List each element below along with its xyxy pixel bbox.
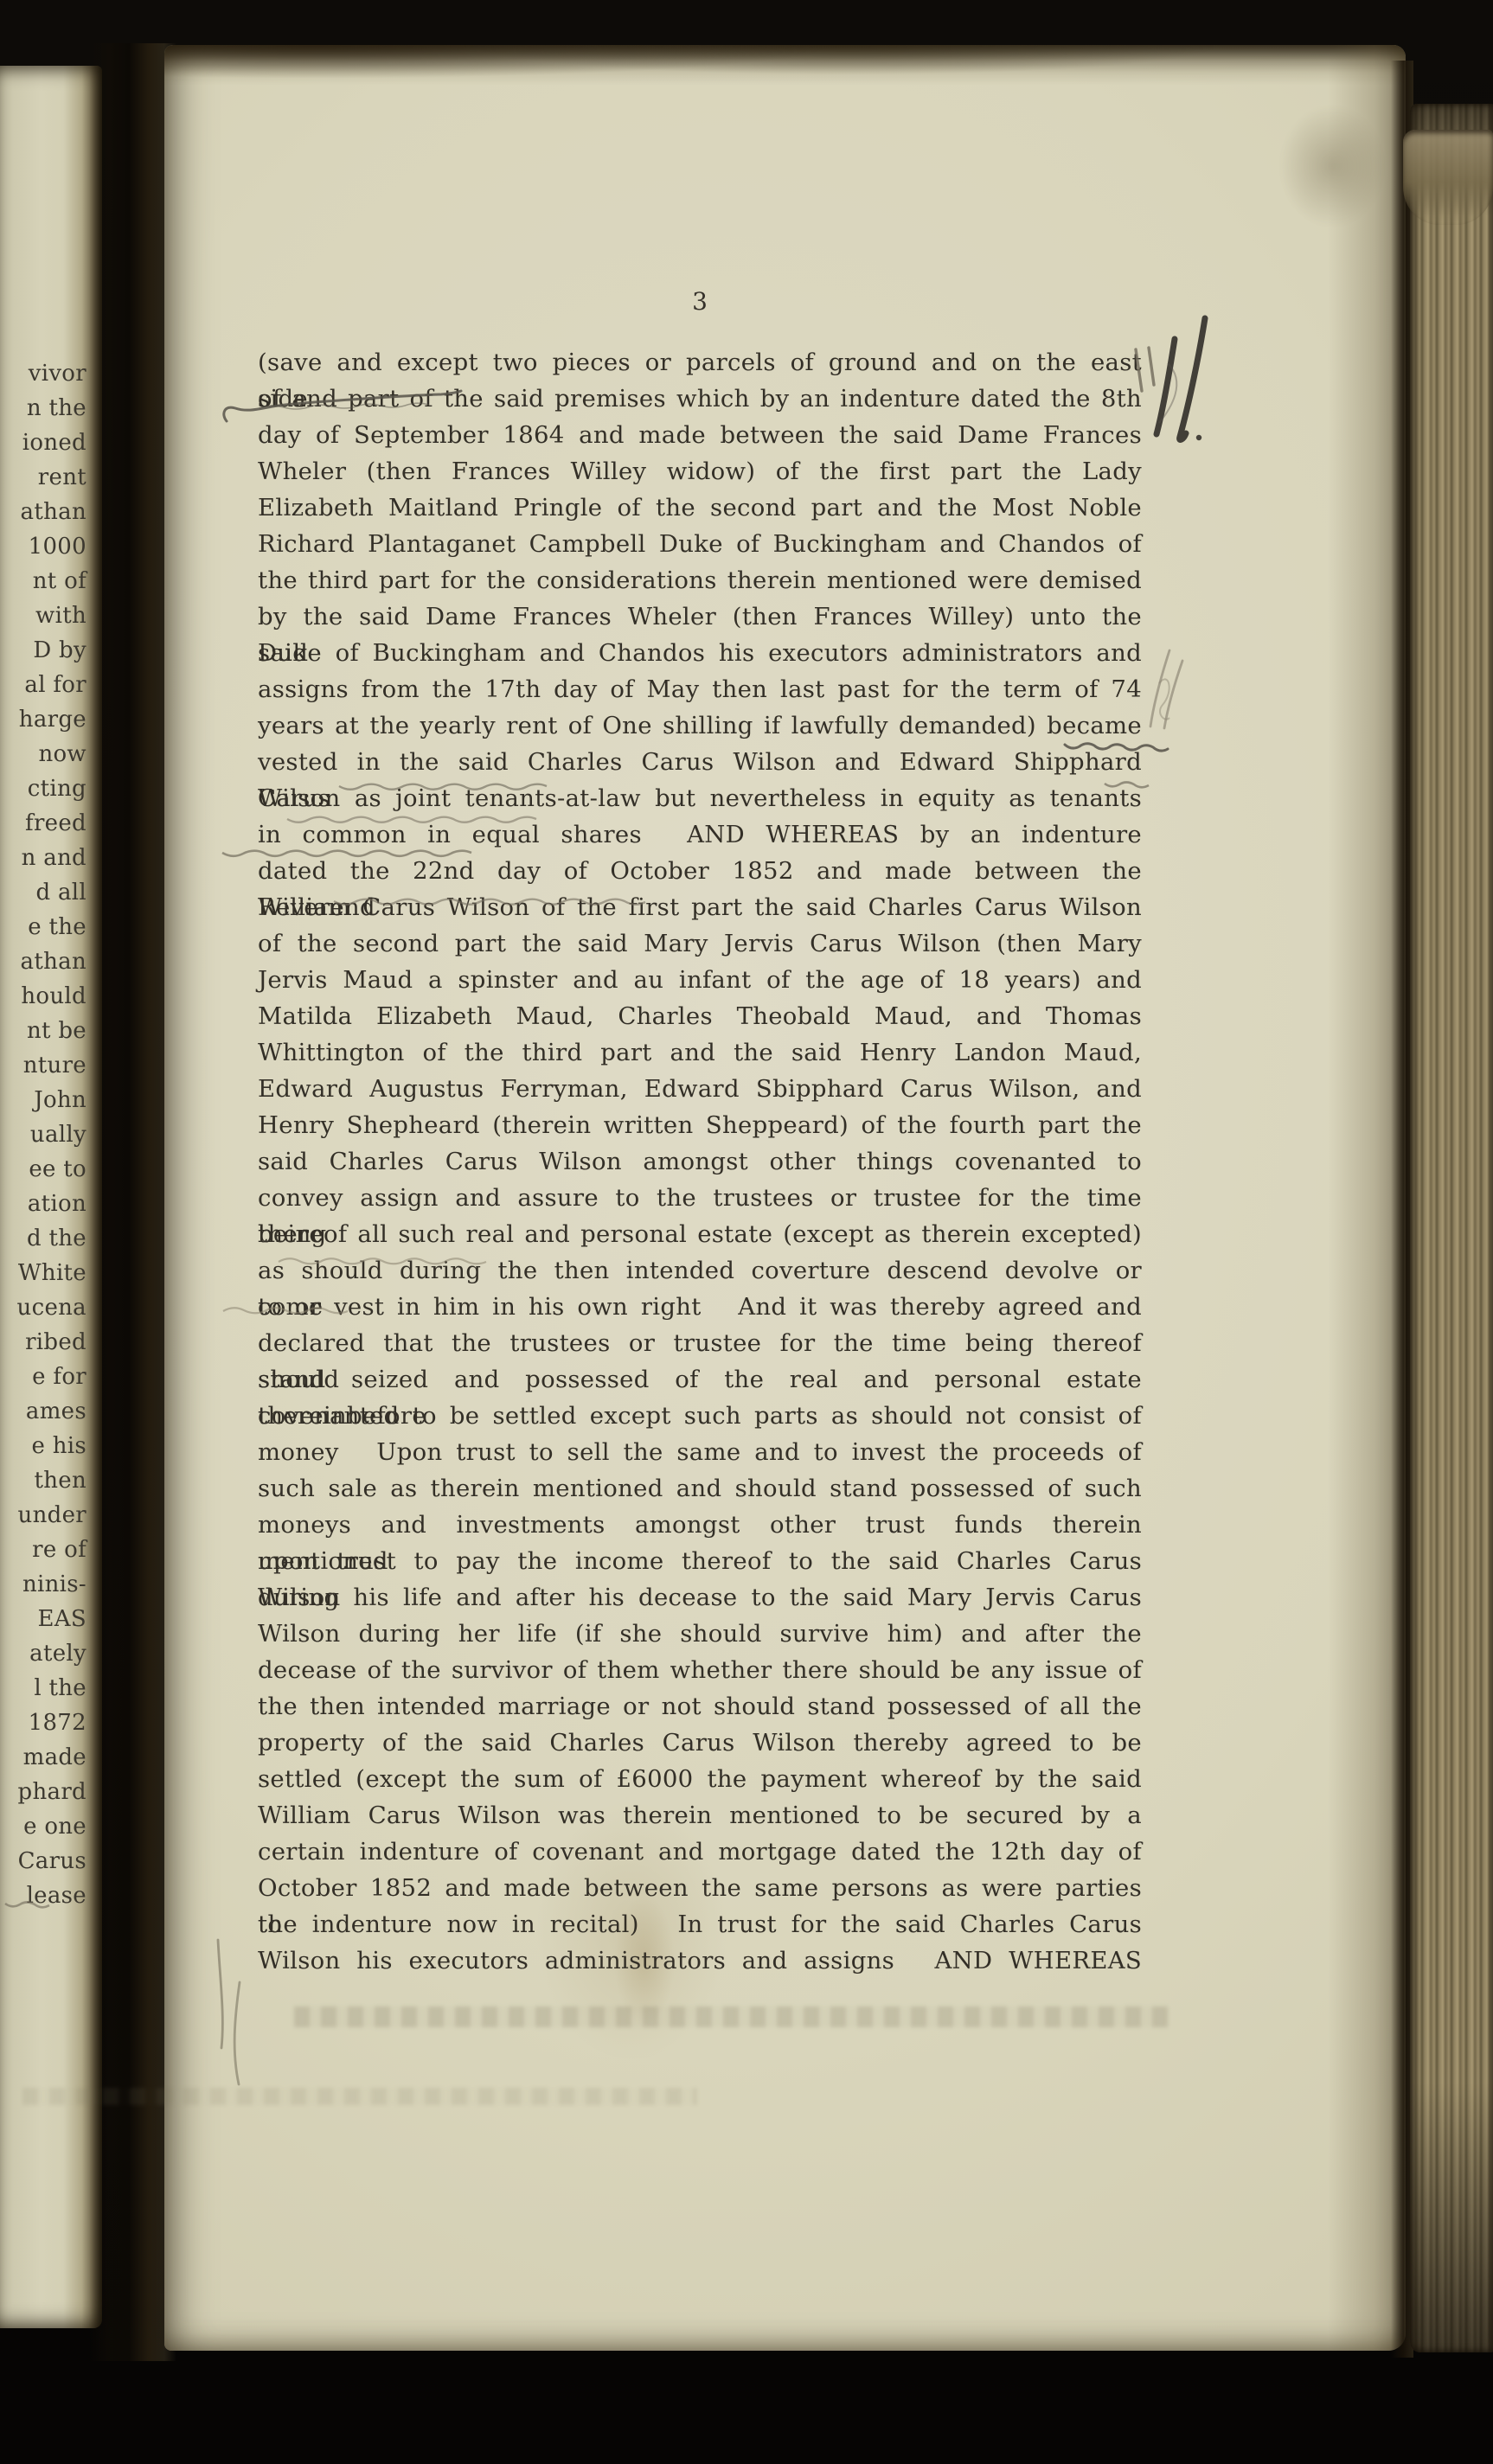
facing-page-text-line: 1000: [0, 529, 87, 564]
deed-text-line: Edward Augustus Ferryman, Edward Sbippha…: [258, 1071, 1142, 1107]
facing-page-text-line: now: [0, 737, 87, 771]
deed-text-line: Wheler (then Frances Willey widow) of th…: [258, 453, 1142, 490]
deed-text-line: of the second part the said Mary Jervis …: [258, 925, 1142, 962]
deed-text-line: in common in equal shares AND WHEREAS by…: [258, 816, 1142, 853]
facing-page-text-line: ately: [0, 1636, 87, 1671]
deed-text-line: Wilson as joint tenants-at-law but never…: [258, 780, 1142, 816]
paper-stain: [1280, 106, 1384, 227]
deed-text-line: property of the said Charles Carus Wilso…: [258, 1725, 1142, 1761]
deed-text-line: money Upon trust to sell the same and to…: [258, 1434, 1142, 1470]
facing-page-text-line: lease: [0, 1878, 87, 1913]
deed-text-line: thereof all such real and personal estat…: [258, 1216, 1142, 1252]
deed-text-line: years at the yearly rent of One shilling…: [258, 707, 1142, 744]
deed-text-line: to or vest in him in his own right And i…: [258, 1289, 1142, 1325]
facing-page-text-line: n the: [0, 391, 87, 426]
deed-text-line: Wilson his executors administrators and …: [258, 1942, 1142, 1979]
deed-text-line: declared that the trustees or trustee fo…: [258, 1325, 1142, 1361]
facing-page-text-line: then: [0, 1463, 87, 1498]
deed-text-line: Jervis Maud a spinster and au infant of …: [258, 962, 1142, 998]
deed-text-line: the then intended marriage or not should…: [258, 1688, 1142, 1725]
reverse-side-showthrough: [22, 2088, 697, 2105]
deed-text-line: October 1852 and made between the same p…: [258, 1870, 1142, 1906]
deed-text-line: (save and except two pieces or parcels o…: [258, 344, 1142, 381]
deed-text-line: said Charles Carus Wilson amongst other …: [258, 1143, 1142, 1180]
deed-text-line: by the said Dame Frances Wheler (then Fr…: [258, 598, 1142, 635]
facing-page-text-line: rent: [0, 460, 87, 495]
book-gutter-shadow: [90, 43, 176, 2361]
deed-text-line: Elizabeth Maitland Pringle of the second…: [258, 490, 1142, 526]
deed-text-line: upon trust to pay the income thereof to …: [258, 1543, 1142, 1579]
deed-text-line: settled (except the sum of £6000 the pay…: [258, 1761, 1142, 1797]
deed-text-line: Wilson during her life (if she should su…: [258, 1616, 1142, 1652]
deed-text-block: (save and except two pieces or parcels o…: [258, 344, 1142, 1979]
page-number: 3: [258, 287, 1142, 316]
facing-page-text-line: hould: [0, 979, 87, 1014]
deed-text-line: during his life and after his decease to…: [258, 1579, 1142, 1616]
facing-page-text-line: EAS: [0, 1602, 87, 1636]
facing-page-text-line: Carus: [0, 1844, 87, 1878]
facing-page-text-line: e one: [0, 1809, 87, 1844]
facing-page-text-line: cting: [0, 771, 87, 806]
facing-page-text-line: under: [0, 1498, 87, 1533]
deed-text-line: assigns from the 17th day of May then la…: [258, 671, 1142, 707]
facing-page-text-line: nt be: [0, 1014, 87, 1048]
facing-page-text-line: John: [0, 1083, 87, 1117]
deed-text-line: covenanted to be settled except such par…: [258, 1398, 1142, 1434]
facing-page-text-line: e for: [0, 1360, 87, 1394]
facing-page-text-fragments: vivorn theionedrentathan1000nt ofwithD b…: [0, 356, 87, 1913]
facing-page-text-line: White: [0, 1256, 87, 1290]
facing-page-text-line: ninis-: [0, 1567, 87, 1602]
facing-page-text-line: harge: [0, 702, 87, 737]
deed-text-line: day of September 1864 and made between t…: [258, 417, 1142, 453]
facing-page-text-line: d the: [0, 1221, 87, 1256]
facing-page-text-line: vivor: [0, 356, 87, 391]
deed-text-line: as should during the then intended cover…: [258, 1252, 1142, 1289]
facing-page-text-line: ribed: [0, 1325, 87, 1360]
deed-text-line: moneys and investments amongst other tru…: [258, 1507, 1142, 1543]
deed-text-line: such sale as therein mentioned and shoul…: [258, 1470, 1142, 1507]
facing-page-text-line: n and: [0, 841, 87, 875]
facing-page-text-line: ioned: [0, 426, 87, 460]
deed-text-line: the third part for the considerations th…: [258, 562, 1142, 598]
facing-page-text-line: with: [0, 598, 87, 633]
facing-page-text-line: ames: [0, 1394, 87, 1429]
deed-text-line: Richard Plantaganet Campbell Duke of Buc…: [258, 526, 1142, 562]
deed-text-line: William Carus Wilson was therein mention…: [258, 1797, 1142, 1834]
facing-page-edge: vivorn theionedrentathan1000nt ofwithD b…: [0, 66, 102, 2328]
reverse-side-showthrough: [294, 2006, 1168, 2027]
deed-text-line: Whittington of the third part and the sa…: [258, 1034, 1142, 1071]
facing-page-text-line: l the: [0, 1671, 87, 1706]
document-page: 3 (save and except two pieces or parcels…: [164, 45, 1406, 2351]
facing-page-text-line: nture: [0, 1048, 87, 1083]
facing-page-text-line: athan: [0, 495, 87, 529]
facing-page-text-line: ually: [0, 1117, 87, 1152]
deed-text-line: vested in the said Charles Carus Wilson …: [258, 744, 1142, 780]
deed-text-line: stand seized and possessed of the real a…: [258, 1361, 1142, 1398]
facing-page-text-line: 1872: [0, 1706, 87, 1740]
deed-text-line: Henry Shepheard (therein written Sheppea…: [258, 1107, 1142, 1143]
deed-text-line: Duke of Buckingham and Chandos his execu…: [258, 635, 1142, 671]
facing-page-text-line: phard: [0, 1775, 87, 1809]
facing-page-text-line: freed: [0, 806, 87, 841]
facing-page-text-line: athan: [0, 944, 87, 979]
facing-page-text-line: ucena: [0, 1290, 87, 1325]
facing-page-text-line: e his: [0, 1429, 87, 1463]
book-scan: vivorn theionedrentathan1000nt ofwithD b…: [0, 0, 1493, 2464]
facing-page-text-line: D by: [0, 633, 87, 668]
page-corner-curl: [1403, 130, 1493, 225]
deed-text-line: dated the 22nd day of October 1852 and m…: [258, 853, 1142, 889]
deed-text-line: the indenture now in recital) In trust f…: [258, 1906, 1142, 1942]
deed-text-line: of and part of the said premises which b…: [258, 381, 1142, 417]
deed-text-line: Matilda Elizabeth Maud, Charles Theobald…: [258, 998, 1142, 1034]
deed-text-line: convey assign and assure to the trustees…: [258, 1180, 1142, 1216]
deed-text-line: William Carus Wilson of the first part t…: [258, 889, 1142, 925]
page-top-edge: [164, 45, 1406, 85]
facing-page-text-line: re of: [0, 1533, 87, 1567]
facing-page-text-line: ation: [0, 1187, 87, 1221]
facing-page-text-line: ee to: [0, 1152, 87, 1187]
facing-page-text-line: d all: [0, 875, 87, 910]
deed-text-line: certain indenture of covenant and mortga…: [258, 1834, 1142, 1870]
deed-text-line: decease of the survivor of them whether …: [258, 1652, 1142, 1688]
facing-page-text-line: nt of: [0, 564, 87, 598]
facing-page-text-line: e the: [0, 910, 87, 944]
facing-page-text-line: al for: [0, 668, 87, 702]
facing-page-text-line: made: [0, 1740, 87, 1775]
book-fore-edge-pages: [1410, 104, 1493, 2352]
